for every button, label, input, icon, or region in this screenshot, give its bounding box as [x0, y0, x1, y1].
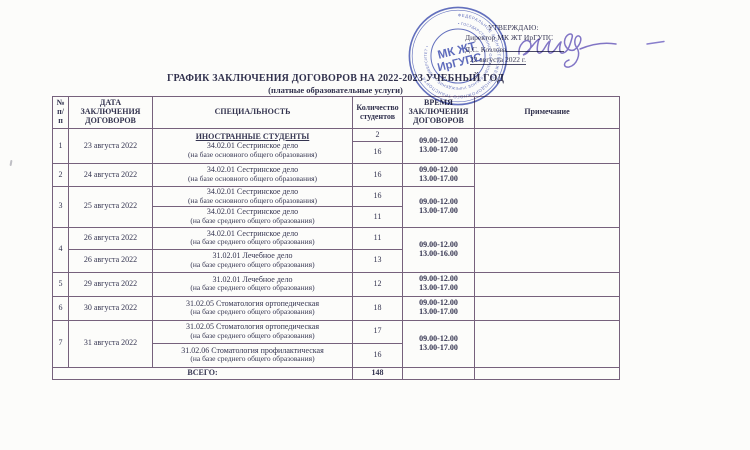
specialty-base: (на базе среднего общего образования) [155, 332, 350, 340]
table-row: 7 31 августа 2022 31.02.05 Стоматология … [53, 320, 620, 343]
count-cell: 12 [353, 272, 403, 296]
time-afternoon: 13.00-17.00 [405, 308, 472, 317]
date-cell: 23 августа 2022 [69, 129, 153, 164]
specialty-cell: 31.02.01 Лечебное дело (на базе среднего… [153, 272, 353, 296]
count-cell: 2 [353, 129, 403, 142]
stray-ink-mark [9, 160, 12, 166]
note-cell [475, 227, 620, 272]
approval-block: УТВЕРЖДАЮ: Директор МК ЖТ ИрГУПС Д.С. Ко… [465, 23, 665, 65]
specialty-base: (на базе среднего общего образования) [155, 261, 350, 269]
date-cell: 31 августа 2022 [69, 320, 153, 367]
date-cell: 25 августа 2022 [69, 187, 153, 228]
approval-date: 22 августа 2022 г. [470, 55, 526, 65]
approval-label: УТВЕРЖДАЮ: [465, 23, 665, 33]
header-date: ДАТА ЗАКЛЮЧЕНИЯ ДОГОВОРОВ [69, 97, 153, 129]
header-count: Количество студентов [353, 97, 403, 129]
scanned-document-page: УТВЕРЖДАЮ: Директор МК ЖТ ИрГУПС Д.С. Ко… [0, 0, 750, 450]
time-afternoon: 13.00-17.00 [405, 344, 472, 353]
specialty-cell: 34.02.01 Сестринское дело (на базе основ… [153, 187, 353, 207]
note-cell [475, 320, 620, 367]
header-speciality: СПЕЦИАЛЬНОСТЬ [153, 97, 353, 129]
time-afternoon: 13.00-17.00 [405, 146, 472, 155]
note-cell [475, 367, 620, 379]
time-cell: 09.00-12.00 13.00-17.00 [403, 296, 475, 320]
total-label: ВСЕГО: [53, 367, 353, 379]
table-row: 2 24 августа 2022 34.02.01 Сестринское д… [53, 164, 620, 187]
count-cell: 17 [353, 320, 403, 343]
row-num: 7 [53, 320, 69, 367]
specialty-cell: 34.02.01 Сестринское дело (на базе средн… [153, 207, 353, 227]
specialty-base: (на базе среднего общего образования) [155, 355, 350, 363]
count-cell: 11 [353, 207, 403, 227]
time-afternoon: 13.00-17.00 [405, 207, 472, 216]
header-time: ВРЕМЯ ЗАКЛЮЧЕНИЯ ДОГОВОРОВ [403, 97, 475, 129]
note-cell [475, 296, 620, 320]
date-cell: 29 августа 2022 [69, 272, 153, 296]
document-subtitle: (платные образовательные услуги) [52, 85, 619, 95]
specialty-base: (на базе основного общего образования) [155, 175, 350, 183]
specialty-cell: 34.02.01 Сестринское дело (на базе основ… [153, 164, 353, 187]
header-note: Примечание [475, 97, 620, 129]
specialty-cell: ИНОСТРАННЫЕ СТУДЕНТЫ 34.02.01 Сестринско… [153, 129, 353, 164]
time-cell [403, 367, 475, 379]
contracts-schedule-table: № п/п ДАТА ЗАКЛЮЧЕНИЯ ДОГОВОРОВ СПЕЦИАЛЬ… [52, 96, 620, 380]
row-num: 6 [53, 296, 69, 320]
row-num: 4 [53, 227, 69, 272]
table-row: 6 30 августа 2022 31.02.05 Стоматология … [53, 296, 620, 320]
specialty-cell: 31.02.05 Стоматология ортопедическая (на… [153, 296, 353, 320]
time-cell: 09.00-12.00 13.00-17.00 [403, 272, 475, 296]
specialty-base: (на базе среднего общего образования) [155, 284, 350, 292]
table-header-row: № п/п ДАТА ЗАКЛЮЧЕНИЯ ДОГОВОРОВ СПЕЦИАЛЬ… [53, 97, 620, 129]
count-cell: 16 [353, 142, 403, 164]
specialty-base: (на базе среднего общего образования) [155, 238, 350, 246]
time-cell: 09.00-12.00 13.00-17.00 [403, 187, 475, 228]
specialty-base: (на базе среднего общего образования) [155, 217, 350, 225]
time-cell: 09.00-12.00 13.00-16.00 [403, 227, 475, 272]
time-afternoon: 13.00-16.00 [405, 250, 472, 259]
row-num: 1 [53, 129, 69, 164]
count-cell: 13 [353, 249, 403, 272]
approval-name: Д.С. Козлова [465, 45, 506, 54]
document-title: ГРАФИК ЗАКЛЮЧЕНИЯ ДОГОВОРОВ НА 2022-2023… [52, 73, 619, 84]
table-row: 1 23 августа 2022 ИНОСТРАННЫЕ СТУДЕНТЫ 3… [53, 129, 620, 142]
approval-date-line: 22 августа 2022 г. [465, 55, 665, 65]
time-afternoon: 13.00-17.00 [405, 175, 472, 184]
date-cell: 26 августа 2022 [69, 249, 153, 272]
table-row: 4 26 августа 2022 34.02.01 Сестринское д… [53, 227, 620, 249]
signature-line [506, 43, 564, 52]
specialty-cell: 31.02.06 Стоматология профилактическая (… [153, 343, 353, 367]
specialty-base: (на базе основного общего образования) [155, 151, 350, 159]
specialty-base: (на базе основного общего образования) [155, 197, 350, 205]
total-count: 148 [353, 367, 403, 379]
date-cell: 30 августа 2022 [69, 296, 153, 320]
specialty-cell: 31.02.01 Лечебное дело (на базе среднего… [153, 249, 353, 272]
total-row: ВСЕГО: 148 [53, 367, 620, 379]
date-cell: 24 августа 2022 [69, 164, 153, 187]
count-cell: 16 [353, 187, 403, 207]
time-cell: 09.00-12.00 13.00-17.00 [403, 129, 475, 164]
approval-name-line: Д.С. Козлова [465, 43, 665, 55]
time-cell: 09.00-12.00 13.00-17.00 [403, 320, 475, 367]
time-cell: 09.00-12.00 13.00-17.00 [403, 164, 475, 187]
note-cell [475, 129, 620, 164]
date-cell: 26 августа 2022 [69, 227, 153, 249]
row-num: 2 [53, 164, 69, 187]
row-num: 3 [53, 187, 69, 228]
time-afternoon: 13.00-17.00 [405, 284, 472, 293]
note-cell [475, 164, 620, 228]
count-cell: 16 [353, 343, 403, 367]
note-cell [475, 272, 620, 296]
count-cell: 18 [353, 296, 403, 320]
specialty-cell: 31.02.05 Стоматология ортопедическая (на… [153, 320, 353, 343]
specialty-cell: 34.02.01 Сестринское дело (на базе средн… [153, 227, 353, 249]
table-row: 5 29 августа 2022 31.02.01 Лечебное дело… [53, 272, 620, 296]
specialty-base: (на базе среднего общего образования) [155, 308, 350, 316]
count-cell: 16 [353, 164, 403, 187]
approval-position: Директор МК ЖТ ИрГУПС [465, 33, 665, 43]
count-cell: 11 [353, 227, 403, 249]
row-num: 5 [53, 272, 69, 296]
header-num: № п/п [53, 97, 69, 129]
